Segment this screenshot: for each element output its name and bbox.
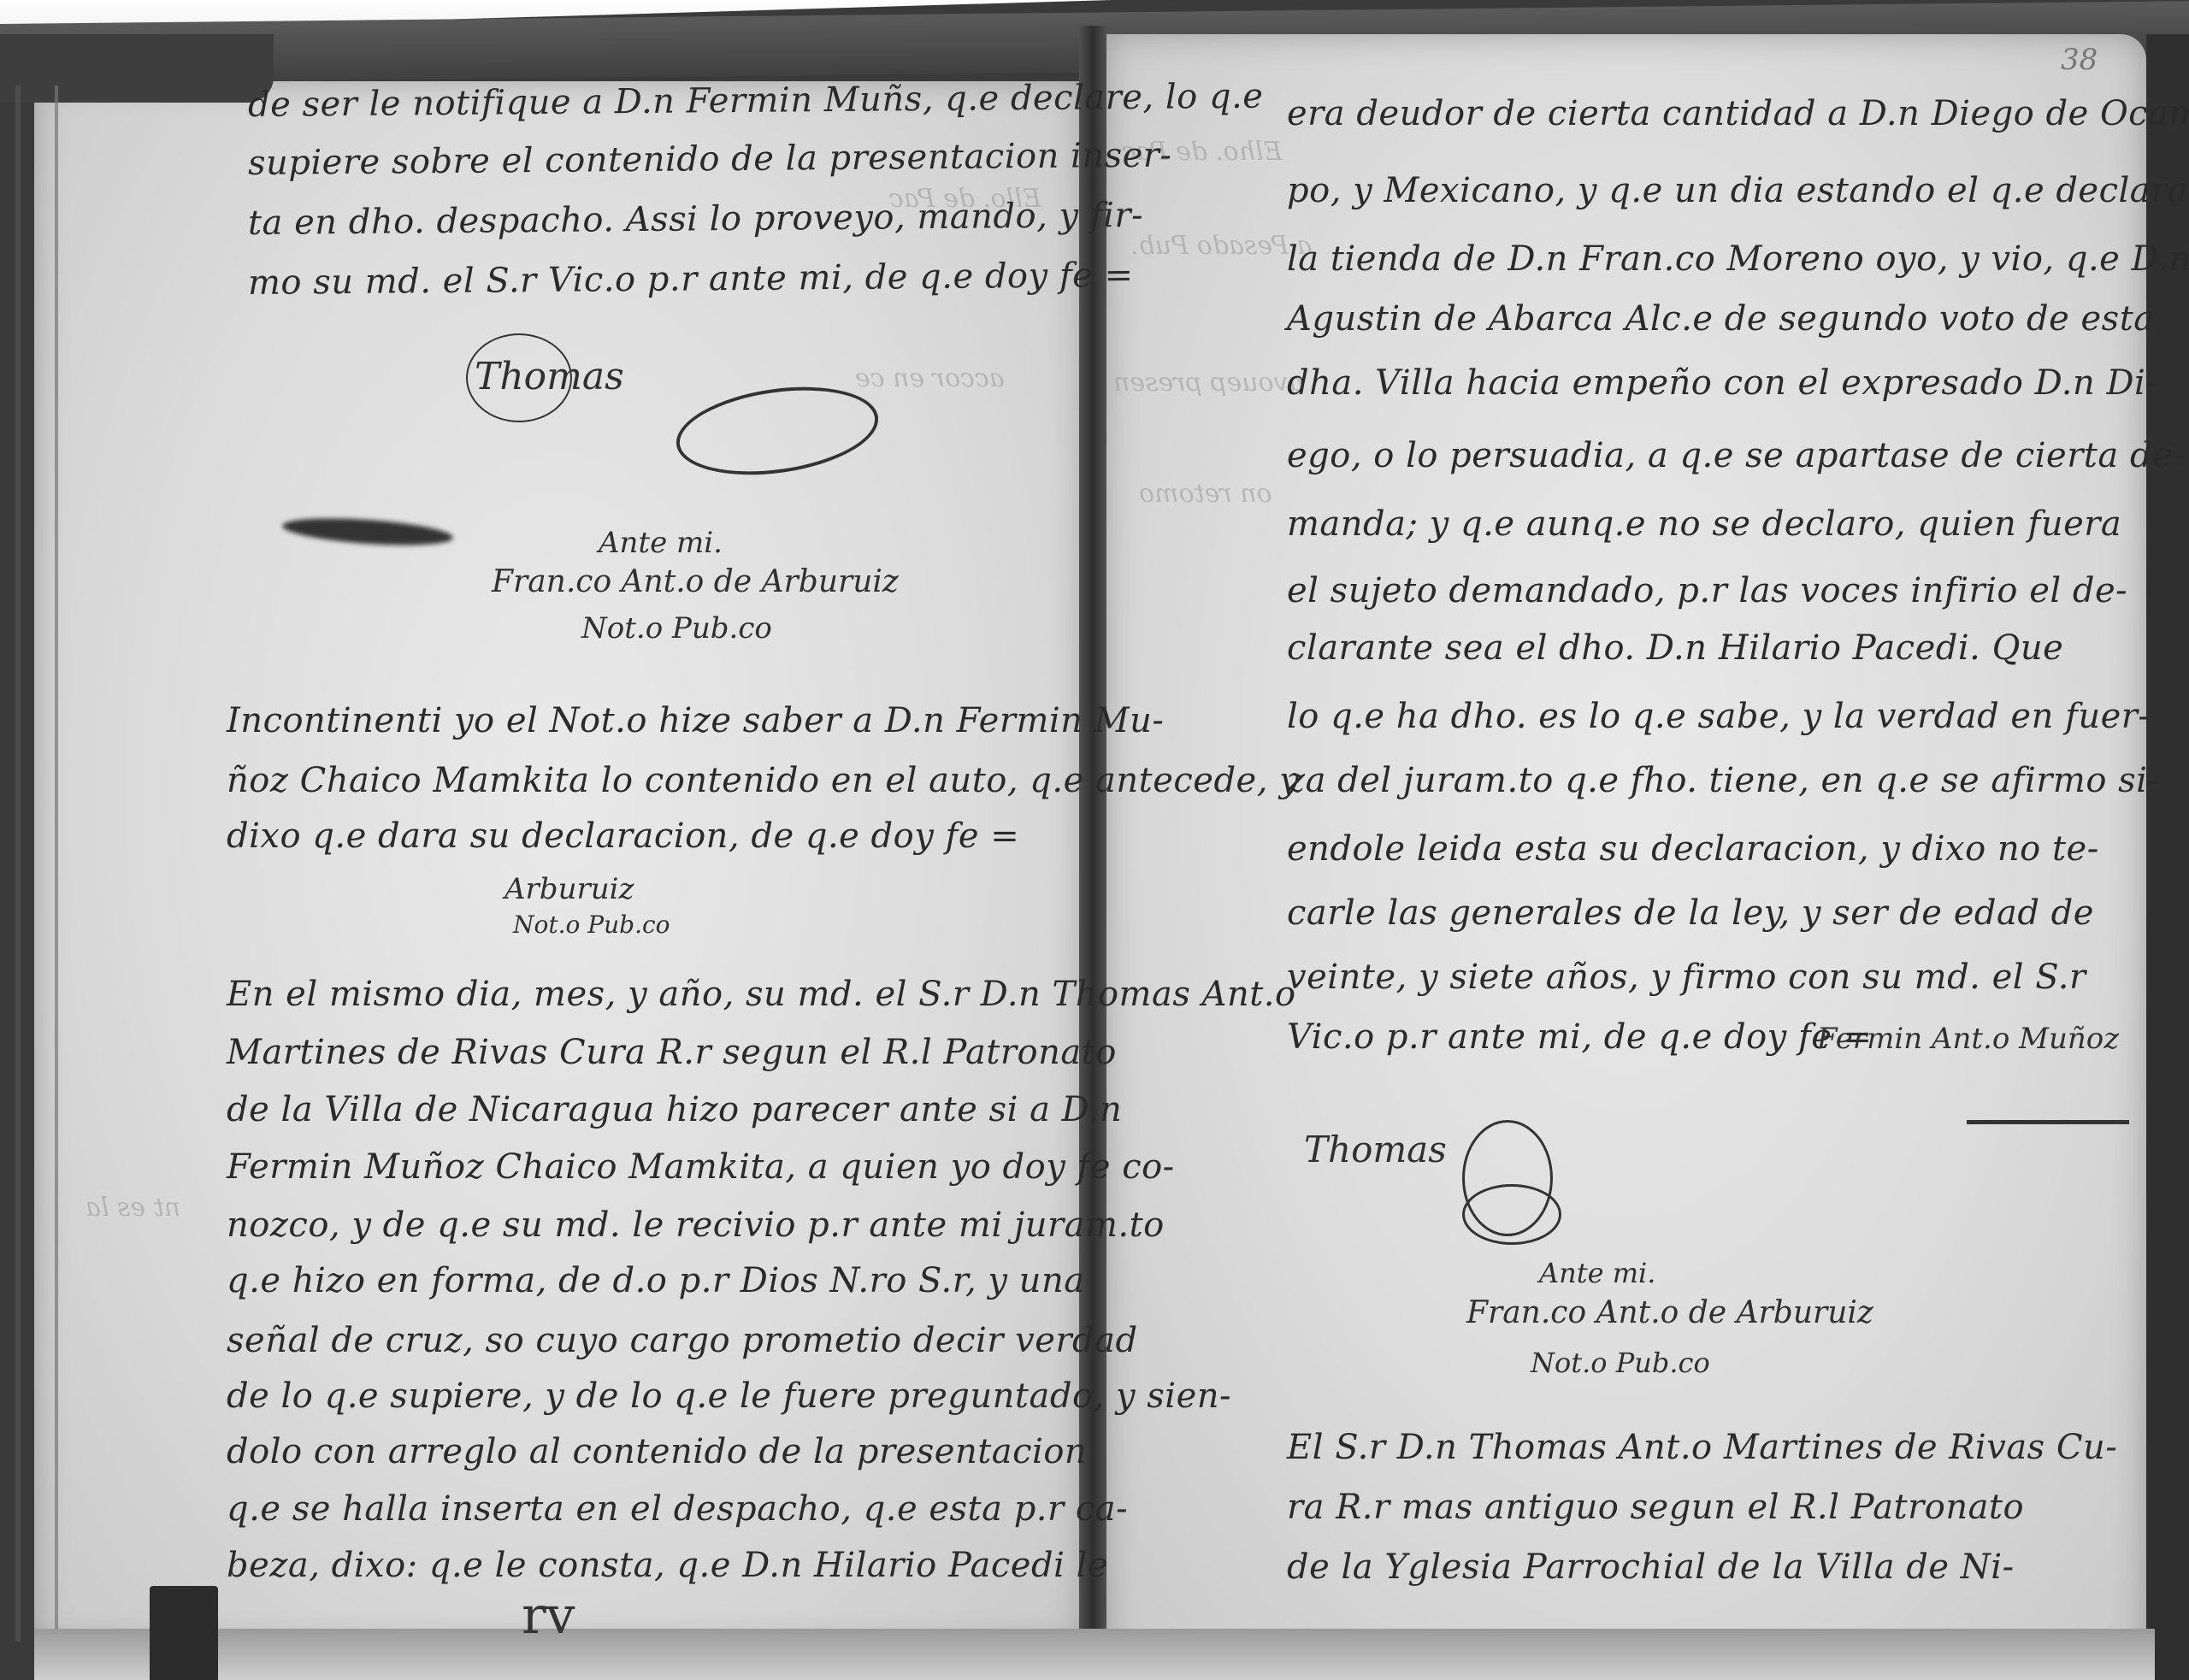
right-line-13: carle las generales de la ley, y ser de …: [1287, 893, 2094, 933]
page-edge-lines: [15, 85, 58, 1642]
bleed-through-text: a Pesado Pub.: [1130, 231, 1312, 261]
binding-clip: [150, 1586, 218, 1680]
right-line-5: dha. Villa hacia empeño con el expresado…: [1287, 363, 2157, 403]
signature-underline: [1967, 1120, 2129, 1124]
notary-name: Fran.co Ant.o de Arburuiz: [492, 564, 899, 599]
left-line-3: ta en dho. despacho. Assi lo proveyo, ma…: [248, 196, 1143, 243]
left-line-10: de la Villa de Nicaragua hizo parecer an…: [227, 1090, 1122, 1129]
right-line-4: Agustin de Abarca Alc.e de segundo voto …: [1287, 299, 2155, 339]
left-line-5: Incontinenti yo el Not.o hize saber a D.…: [227, 701, 1164, 740]
right-line-3: la tienda de D.n Fran.co Moreno oyo, y v…: [1287, 239, 2189, 279]
left-line-16: dolo con arreglo al contenido de la pres…: [227, 1432, 1087, 1471]
left-line-4: mo su md. el S.r Vic.o p.r ante mi, de q…: [248, 256, 1134, 303]
notary-title: Not.o Pub.co: [581, 611, 772, 645]
right-line-9: clarante sea el dho. D.n Hilario Pacedi.…: [1287, 628, 2063, 668]
ante-mi-label: Ante mi.: [1539, 1257, 1655, 1289]
witness-signature: Fermin Ant.o Muñoz: [1817, 1022, 2119, 1056]
right-line-12: endole leida esta su declaracion, y dixo…: [1287, 829, 2099, 869]
signature-rubric: [1462, 1184, 1561, 1245]
folio-number: 38: [2061, 43, 2098, 77]
page-bottom-edge: [34, 1629, 2155, 1680]
right-line-11: za del juram.to q.e fho. tiene, en q.e s…: [1287, 761, 2159, 800]
left-line-8: En el mismo dia, mes, y año, su md. el S…: [227, 975, 1296, 1014]
left-line-12: nozco, y de q.e su md. le recivio p.r an…: [227, 1205, 1165, 1245]
right-line-7: manda; y q.e aunq.e no se declaro, quien…: [1287, 504, 2121, 544]
bleed-through-text: avouep presen: [1113, 368, 1303, 398]
right-line-16: El S.r D.n Thomas Ant.o Martines de Riva…: [1287, 1428, 2117, 1467]
left-signature-2: Arburuiz: [504, 872, 634, 906]
right-line-1: era deudor de cierta cantidad a D.n Dieg…: [1287, 94, 2189, 133]
left-line-13: q.e hizo en forma, de d.o p.r Dios N.ro …: [227, 1261, 1085, 1300]
right-line-18: de la Yglesia Parrochial de la Villa de …: [1287, 1547, 2015, 1587]
left-line-9: Martines de Rivas Cura R.r segun el R.l …: [227, 1033, 1117, 1072]
left-line-6: ñoz Chaico Mamkita lo contenido en el au…: [227, 761, 1299, 800]
left-line-18: beza, dixo: q.e le consta, q.e D.n Hilar…: [227, 1546, 1108, 1585]
notary-title: Not.o Pub.co: [1531, 1347, 1710, 1379]
right-line-8: el sujeto demandado, p.r las voces infir…: [1287, 571, 2127, 610]
right-line-2: po, y Mexicano, y q.e un dia estando el …: [1287, 171, 2189, 210]
notary-name: Fran.co Ant.o de Arburuiz: [1466, 1295, 1873, 1330]
right-line-17: ra R.r mas antiguo segun el R.l Patronat…: [1287, 1488, 2024, 1527]
left-line-11: Fermin Muñoz Chaico Mamkita, a quien yo …: [227, 1147, 1175, 1187]
right-line-15: Vic.o p.r ante mi, de q.e doy fe =: [1287, 1017, 1873, 1057]
bleed-through-text: accor en ce: [855, 363, 1005, 393]
right-line-6: ego, o lo persuadia, a q.e se apartase d…: [1287, 436, 2185, 475]
bleed-through-text: on retomo: [1139, 479, 1272, 509]
left-line-14: señal de cruz, so cuyo cargo prometio de…: [227, 1321, 1138, 1360]
left-line-17: q.e se halla inserta en el despacho, q.e…: [227, 1489, 1128, 1529]
ante-mi-label: Ante mi.: [599, 526, 723, 560]
signature-rubric: [466, 333, 572, 422]
right-line-10: lo q.e ha dho. es lo q.e sabe, y la verd…: [1287, 697, 2150, 736]
scan-right-edge: [2146, 34, 2189, 1680]
catchword-flourish: rv: [522, 1586, 575, 1646]
left-signature-2-title: Not.o Pub.co: [513, 911, 670, 939]
left-line-2: supiere sobre el contenido de la present…: [248, 136, 1172, 183]
right-line-14: veinte, y siete años, y firmo con su md.…: [1287, 958, 2086, 997]
left-line-15: de lo q.e supiere, y de lo q.e le fuere …: [227, 1376, 1231, 1416]
right-signature-1: Thomas: [1304, 1129, 1447, 1170]
left-line-7: dixo q.e dara su declaracion, de q.e doy…: [227, 816, 1019, 856]
bleed-through-text: nt es la: [86, 1193, 180, 1223]
